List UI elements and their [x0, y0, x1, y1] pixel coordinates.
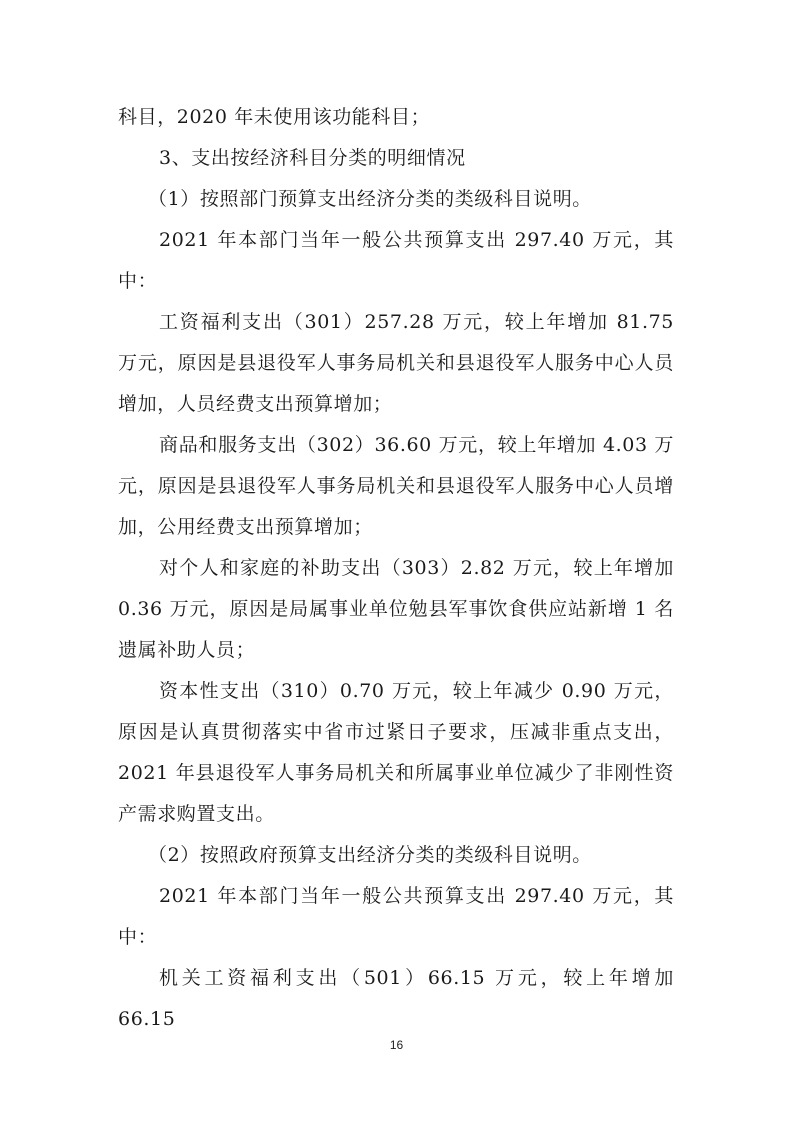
page-number: 16: [0, 1038, 793, 1052]
paragraph-continuation: 科目，2020 年未使用该功能科目；: [118, 97, 674, 138]
section-heading-expenditure-by-economic-category: 3、支出按经济科目分类的明细情况: [118, 138, 674, 179]
subsection-heading-government-budget: （2）按照政府预算支出经济分类的类级科目说明。: [118, 835, 674, 876]
paragraph-wages-welfare-301: 工资福利支出（301）257.28 万元，较上年增加 81.75 万元，原因是县…: [118, 302, 674, 425]
paragraph-capital-expenditure-310: 资本性支出（310）0.70 万元，较上年减少 0.90 万元，原因是认真贯彻落…: [118, 671, 674, 835]
document-body: 科目，2020 年未使用该功能科目； 3、支出按经济科目分类的明细情况 （1）按…: [118, 97, 674, 1040]
paragraph-agency-wages-501: 机关工资福利支出（501）66.15 万元，较上年增加 66.15: [118, 958, 674, 1040]
paragraph-total-expenditure: 2021 年本部门当年一般公共预算支出 297.40 万元，其中：: [118, 220, 674, 302]
paragraph-goods-services-302: 商品和服务支出（302）36.60 万元，较上年增加 4.03 万元，原因是县退…: [118, 425, 674, 548]
document-page: 科目，2020 年未使用该功能科目； 3、支出按经济科目分类的明细情况 （1）按…: [0, 0, 793, 1122]
paragraph-total-expenditure-government: 2021 年本部门当年一般公共预算支出 297.40 万元，其中：: [118, 876, 674, 958]
subsection-heading-department-budget: （1）按照部门预算支出经济分类的类级科目说明。: [118, 179, 674, 220]
paragraph-household-subsidy-303: 对个人和家庭的补助支出（303）2.82 万元，较上年增加 0.36 万元，原因…: [118, 548, 674, 671]
